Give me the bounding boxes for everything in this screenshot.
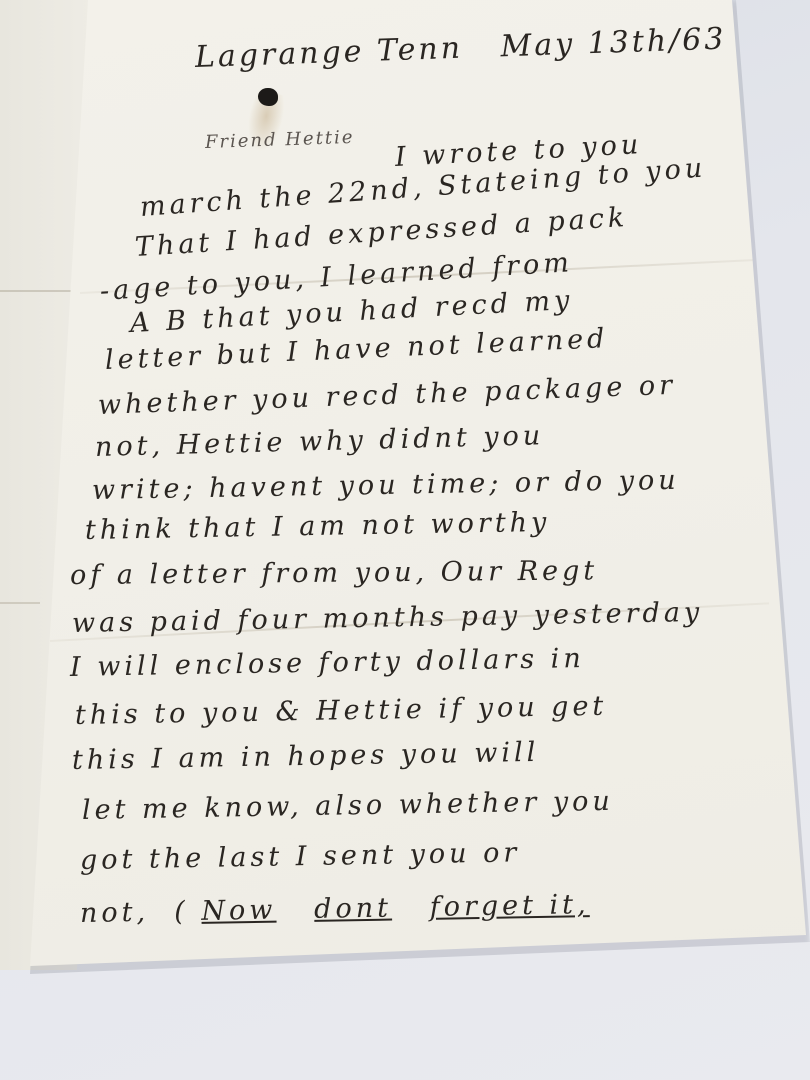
letter-line: write; havent you time; or do you: [92, 465, 680, 506]
closing-forget-it: forget it,: [429, 889, 589, 923]
heading-date: May 13th/63: [500, 21, 727, 64]
letter-line: let me know, also whether you: [82, 786, 614, 826]
closing-dont: dont: [314, 893, 392, 925]
letter-heading: Lagrange Tenn May 13th/63: [194, 21, 727, 75]
closing-not: not,: [80, 897, 150, 929]
letter-line: I will enclose forty dollars in: [70, 643, 585, 683]
letter-line: this I am in hopes you will: [72, 737, 540, 776]
photo-scene: Lagrange Tenn May 13th/63 Friend Hettie …: [0, 0, 810, 1080]
letter-line: whether you recd the package or: [97, 370, 676, 421]
letter-line: was paid four months pay yesterday: [72, 597, 704, 639]
back-sheet-fold: [0, 602, 40, 604]
letter-closing: not, ( Now dont forget it,: [80, 889, 590, 929]
letter-line: of a letter from you, Our Regt: [70, 555, 598, 591]
letter-page: Lagrange Tenn May 13th/63 Friend Hettie …: [0, 0, 810, 1080]
ink-blot: [258, 88, 278, 106]
closing-now: Now: [201, 895, 277, 927]
letter-line: think that I am not worthy: [85, 507, 551, 546]
heading-place: Lagrange Tenn: [194, 31, 463, 75]
letter-line: not, Hettie why didnt you: [95, 420, 545, 463]
letter-line: this to you & Hettie if you get: [75, 691, 608, 731]
letter-line: got the last I sent you or: [80, 837, 521, 876]
salutation: Friend Hettie: [205, 127, 355, 153]
